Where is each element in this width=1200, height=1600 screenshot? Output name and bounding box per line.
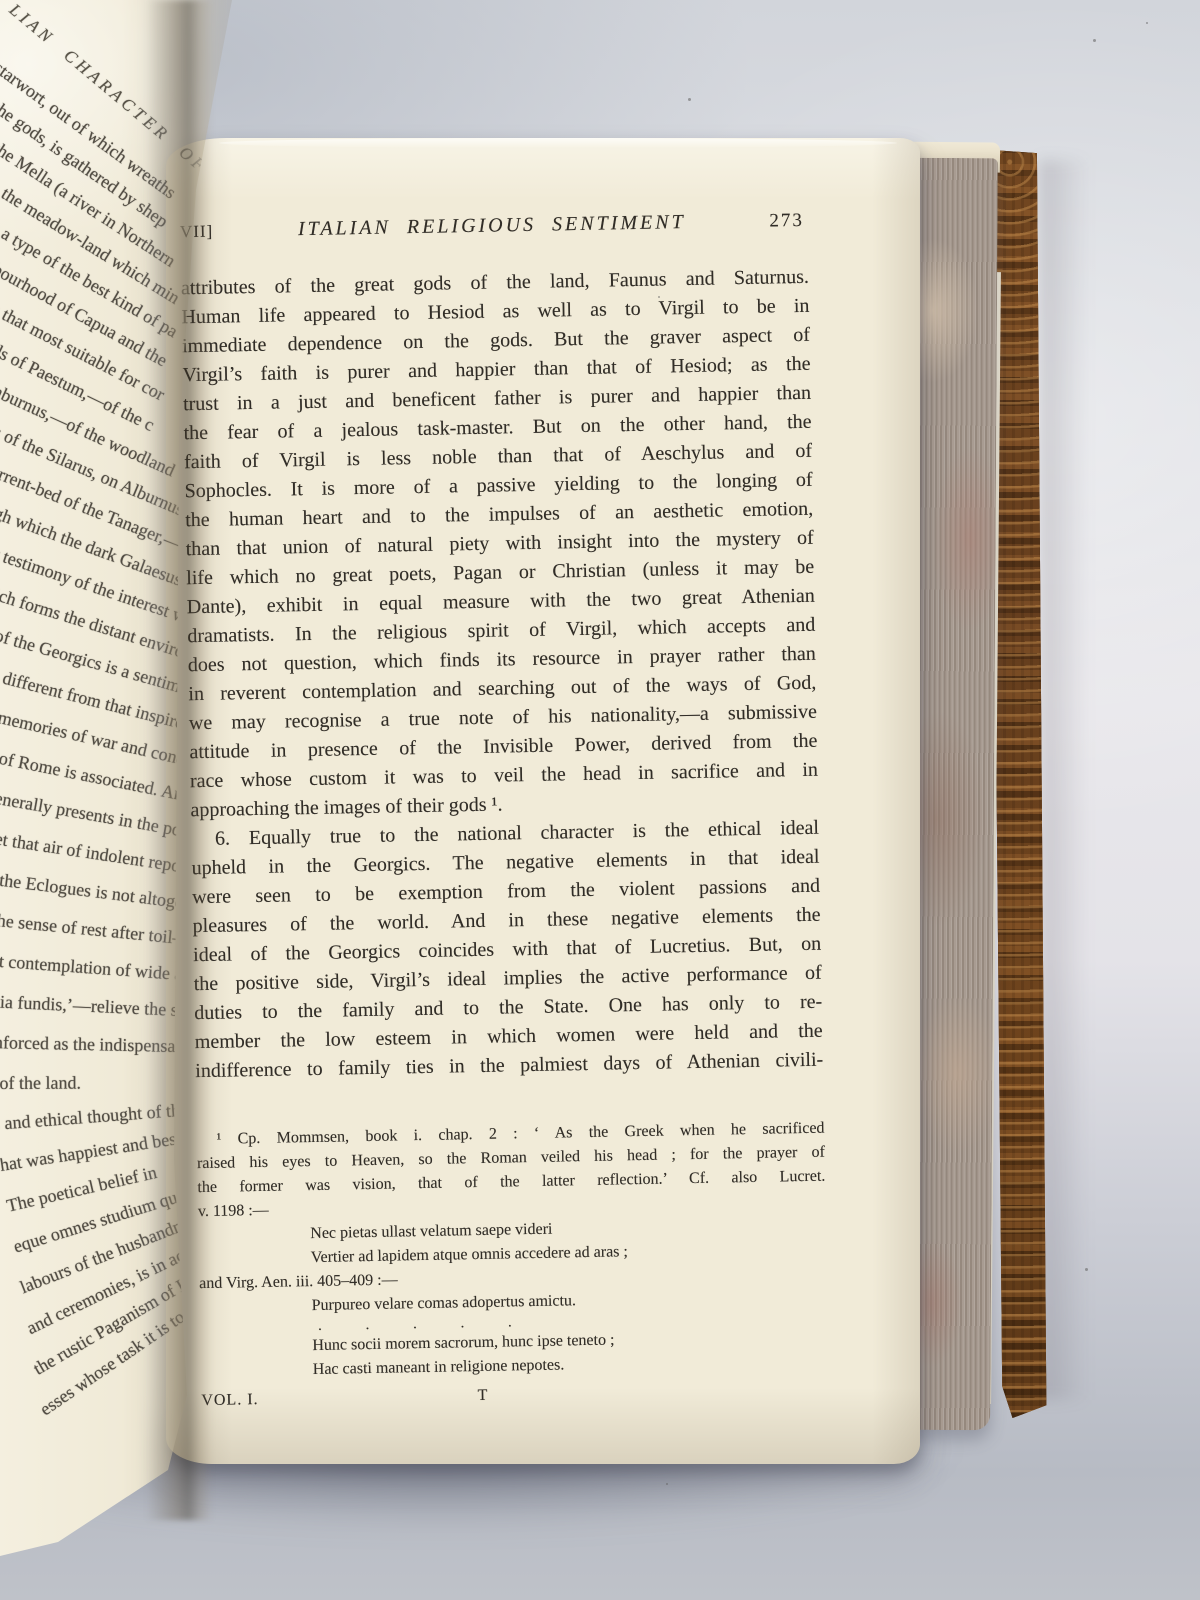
- right-page-content: VII] ITALIAN RELIGIOUS SENTIMENT 273 att…: [156, 131, 934, 1471]
- cover-cast-shadow: [1040, 160, 1100, 1400]
- page-number: 273: [732, 210, 808, 233]
- page-header: VII] ITALIAN RELIGIOUS SENTIMENT 273: [180, 209, 809, 257]
- running-title: ITALIAN RELIGIOUS SENTIMENT: [252, 210, 732, 242]
- open-book-photo: VII] ITALIAN RELIGIOUS SENTIMENT 273 att…: [0, 0, 1200, 1600]
- dust-speck: [1146, 22, 1148, 24]
- right-page: VII] ITALIAN RELIGIOUS SENTIMENT 273 att…: [166, 138, 920, 1464]
- left-text-fragment: y of the land.: [0, 1073, 81, 1094]
- footnote: ¹ Cp. Mommsen, book i. chap. 2 : ‘ As th…: [196, 1117, 829, 1384]
- page-footer: VOL. I. T: [201, 1381, 829, 1411]
- gutter-shadow: [146, 0, 216, 1520]
- body-text: attributes of the great gods of the land…: [181, 263, 824, 1086]
- dust-speck: [1085, 1268, 1088, 1271]
- dust-speck: [666, 1483, 668, 1485]
- dust-speck: [1093, 39, 1096, 42]
- signature-mark: T: [477, 1387, 487, 1405]
- dust-speck: [658, 296, 660, 298]
- dust-speck: [688, 98, 691, 101]
